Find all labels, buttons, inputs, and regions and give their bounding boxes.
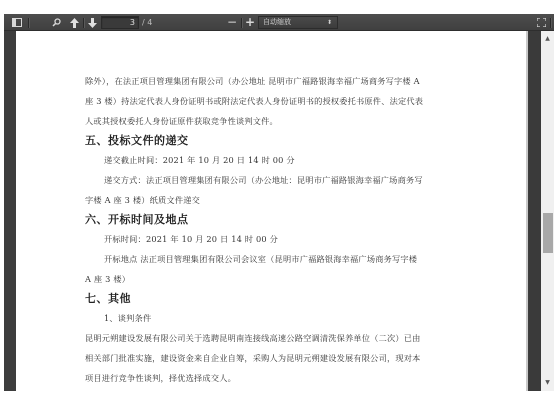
- previous-page-button[interactable]: [68, 16, 80, 29]
- arrow-up-icon: [70, 18, 79, 28]
- section-heading: 五、投标文件的递交: [85, 131, 465, 150]
- plus-icon: +: [245, 16, 255, 29]
- zoom-in-button[interactable]: +: [244, 16, 256, 29]
- arrow-down-icon: [88, 18, 97, 28]
- toolbar-separator: [28, 18, 29, 28]
- sidebar-toggle-icon: [12, 18, 22, 27]
- paragraph-line: 字楼 A 座 3 楼）纸质文件递交: [85, 190, 465, 210]
- page-number-input[interactable]: [101, 16, 139, 29]
- next-page-button[interactable]: [86, 16, 98, 29]
- triangle-down-icon: ▼: [545, 379, 550, 386]
- paragraph-line: 昆明元朔建设发展有限公司关于选聘昆明南连接线高速公路空调清洗保养单位（二次）已由: [85, 328, 465, 348]
- paragraph-line: 1、谈判条件: [85, 308, 465, 328]
- document-content: 除外），在法正项目管理集团有限公司（办公地址 昆明市广福路银海幸福广场商务写字楼…: [85, 71, 465, 391]
- zoom-select-value: 自动缩放: [263, 18, 291, 26]
- select-arrows-icon: ⬍: [327, 17, 332, 28]
- sidebar-toggle-button[interactable]: [10, 16, 24, 29]
- paragraph-line: 人或其授权委托人身份证原件获取竞争性谈判文件。: [85, 111, 465, 131]
- toolbar-separator: [550, 18, 551, 28]
- toolbar: / 4 − + 自动缩放 ⬍: [4, 14, 554, 31]
- search-button[interactable]: [50, 16, 62, 29]
- scroll-thumb[interactable]: [543, 213, 553, 253]
- toolbar-separator: [241, 18, 242, 28]
- fullscreen-icon: [537, 18, 546, 27]
- paragraph-line: A 座 3 楼）: [85, 269, 465, 289]
- paragraph-line: 开标地点 法正项目管理集团有限公司会议室（昆明市广福路银海幸福广场商务写字楼: [85, 249, 465, 269]
- minus-icon: −: [227, 16, 237, 29]
- triangle-up-icon: ▲: [545, 35, 550, 42]
- vertical-scrollbar[interactable]: ▲ ▼: [541, 31, 554, 391]
- section-heading: 七、其他: [85, 289, 465, 308]
- paragraph-line: 相关部门批准实施，建设资金来自企业自筹，采购人为昆明元朔建设发展有限公司，现对本: [85, 348, 465, 368]
- toolbar-separator: [83, 18, 84, 28]
- zoom-select[interactable]: 自动缩放 ⬍: [258, 16, 338, 29]
- section-heading: 六、开标时间及地点: [85, 210, 465, 229]
- scroll-up-button[interactable]: ▲: [541, 33, 554, 45]
- paragraph-line: 递交截止时间：2021 年 10 月 20 日 14 时 00 分: [85, 150, 465, 170]
- pdf-page: 除外），在法正项目管理集团有限公司（办公地址 昆明市广福路银海幸福广场商务写字楼…: [16, 31, 528, 391]
- paragraph-line: 开标时间：2021 年 10 月 20 日 14 时 00 分: [85, 229, 465, 249]
- paragraph-line: 递交方式：法正项目管理集团有限公司（办公地址：昆明市广福路银海幸福广场商务写: [85, 170, 465, 190]
- paragraph-line: 2、项目概况与谈判范围: [85, 388, 465, 391]
- paragraph-line: 座 3 楼）持法定代表人身份证明书或附法定代表人身份证明书的授权委托书原件、法定…: [85, 91, 465, 111]
- pdf-viewer: / 4 − + 自动缩放 ⬍ 除外），在法正项目管理集团有限公司（办公地址 昆明…: [4, 14, 554, 391]
- viewer-gutter: [529, 31, 541, 391]
- scroll-down-button[interactable]: ▼: [541, 377, 554, 389]
- search-icon: [52, 18, 61, 27]
- zoom-out-button[interactable]: −: [226, 16, 238, 29]
- paragraph-line: 项目进行竞争性谈判，择优选择成交人。: [85, 368, 465, 388]
- page-total-label: / 4: [142, 16, 152, 29]
- paragraph-line: 除外），在法正项目管理集团有限公司（办公地址 昆明市广福路银海幸福广场商务写字楼…: [85, 71, 465, 91]
- fullscreen-button[interactable]: [535, 16, 547, 29]
